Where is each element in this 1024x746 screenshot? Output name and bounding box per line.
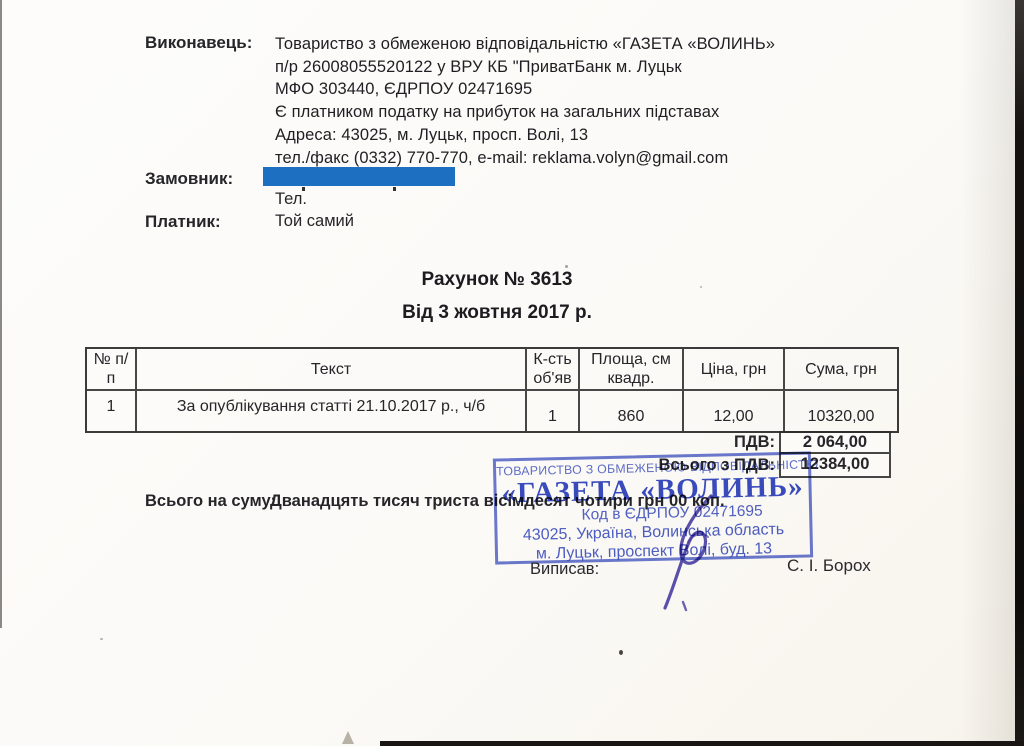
- scan-smudge: [342, 731, 354, 744]
- vat-row: ПДВ: 2 064,00: [85, 431, 895, 454]
- vat-label: ПДВ:: [85, 433, 779, 452]
- row-text: За опублікування статті 21.10.2017 р., ч…: [137, 391, 527, 431]
- executor-address: Адреса: 43025, м. Луцьк, просп. Волі, 13: [275, 124, 835, 147]
- scan-left-edge-line: [0, 0, 2, 628]
- executor-mfo-edrpou: МФО 303440, ЄДРПОУ 02471695: [275, 78, 835, 101]
- invoice-table: № п/п Текст К-сть об'яв Площа, см квадр.…: [85, 347, 899, 433]
- executor-company-name: Товариство з обмеженою відповідальністю …: [275, 33, 835, 56]
- issued-by-label: Виписав:: [530, 560, 599, 579]
- row-num: 1: [87, 391, 137, 431]
- scan-speck: [619, 650, 623, 655]
- total-in-words-label: Всього на суму:: [145, 492, 276, 511]
- executor-bank-account: п/р 26008055520122 у ВРУ КБ "ПриватБанк …: [275, 56, 835, 79]
- row-qty: 1: [527, 391, 580, 431]
- vat-value: 2 064,00: [779, 431, 891, 454]
- customer-name-redaction-bar: [263, 167, 455, 186]
- handwritten-signature: [645, 490, 740, 615]
- header-price: Ціна, грн: [684, 349, 785, 391]
- row-price: 12,00: [684, 391, 785, 431]
- document-title: Рахунок № 3613 Від 3 жовтня 2017 р.: [85, 263, 909, 329]
- executor-label: Виконавець:: [145, 33, 252, 53]
- table-header-row: № п/п Текст К-сть об'яв Площа, см квадр.…: [87, 349, 897, 391]
- issuer-name: С. І. Борох: [787, 556, 871, 576]
- table-row: 1 За опублікування статті 21.10.2017 р.,…: [87, 391, 897, 431]
- header-text: Текст: [137, 349, 527, 391]
- executor-contacts: тел./факс (0332) 770-770, e-mail: reklam…: [275, 147, 835, 170]
- invoice-number-line: Рахунок № 3613: [85, 263, 909, 296]
- header-sum: Сума, грн: [785, 349, 897, 391]
- payer-label: Платник:: [145, 212, 221, 232]
- row-area: 860: [580, 391, 684, 431]
- scan-speck: [100, 638, 103, 640]
- redacted-text-fragment: [393, 187, 396, 191]
- row-sum: 10320,00: [785, 391, 897, 431]
- payer-value: Той самий: [275, 212, 354, 231]
- invoice-date-line: Від 3 жовтня 2017 р.: [85, 296, 909, 329]
- scan-right-edge-bar: [1015, 0, 1024, 746]
- scan-right-shadow: [961, 0, 1016, 746]
- header-area: Площа, см квадр.: [580, 349, 684, 391]
- header-num: № п/п: [87, 349, 137, 391]
- scan-bottom-edge-bar: [380, 741, 1024, 746]
- customer-tel-label: Тел.: [275, 190, 307, 209]
- executor-details: Товариство з обмеженою відповідальністю …: [275, 33, 835, 169]
- executor-tax-status: Є платником податку на прибуток на загал…: [275, 101, 835, 124]
- customer-label: Замовник:: [145, 169, 233, 189]
- header-qty: К-сть об'яв: [527, 349, 580, 391]
